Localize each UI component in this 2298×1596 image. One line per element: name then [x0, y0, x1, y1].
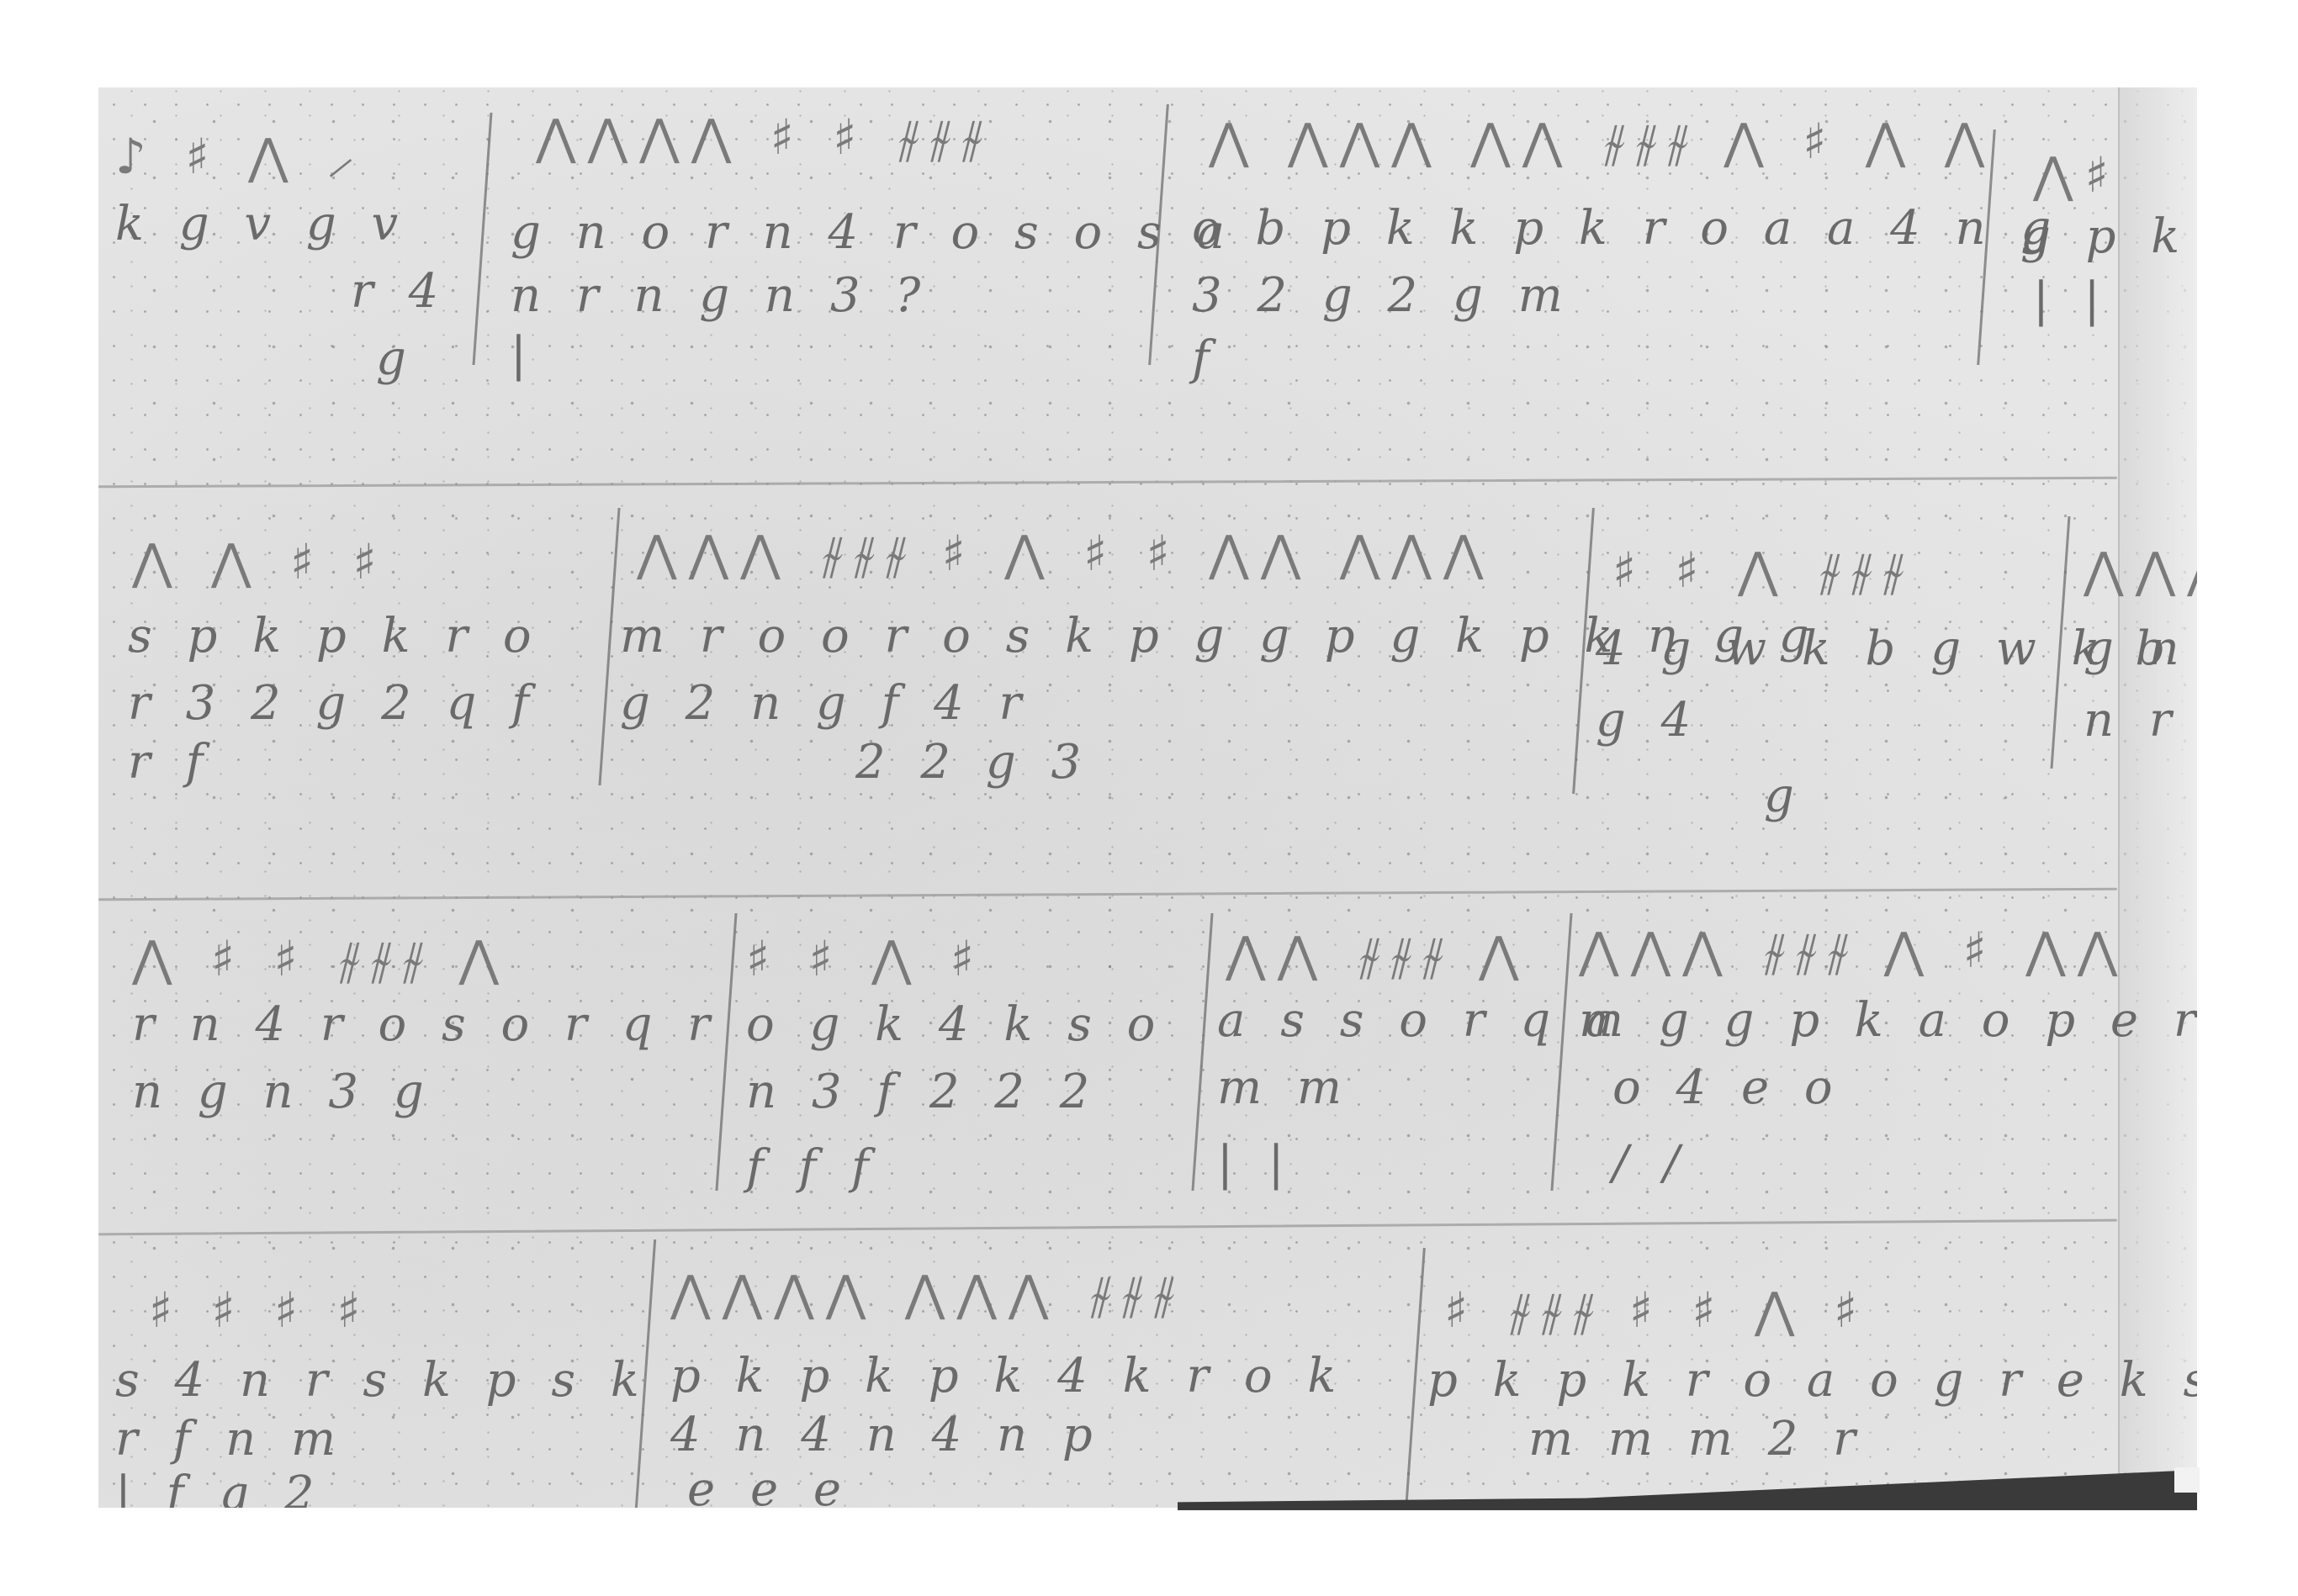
- rhythm-signs: ⋀⋀⋀ ⫳⫳⫳ ⋀ ♯ ⋀⋀: [1579, 922, 2129, 980]
- course-1: p k p k p k 4 k r o k: [670, 1349, 1346, 1403]
- rhythm-signs: ⋀ ♯ ♯ ⫳⫳⫳ ⋀: [132, 930, 511, 988]
- course-3: | |: [1217, 1136, 1295, 1191]
- manuscript-page: ♪ ♯ ⋀ ⸝ k g v g v r 4 g ⋀⋀⋀⋀ ♯ ♯ ⫳⫳⫳ g n…: [98, 87, 2197, 1508]
- rhythm-signs: ⋀ ⋀⋀⋀ ⋀⋀ ⫳⫳⫳ ⋀ ♯ ⋀ ⋀: [1209, 113, 1996, 171]
- course-2: | |: [2033, 272, 2110, 327]
- course-1: p k p k r o a o g r e k s: [1427, 1353, 2197, 1408]
- course-1: r n 4 r o s o r q r: [132, 997, 720, 1052]
- course-2: 4 n 4 n 4 n p: [670, 1408, 1103, 1462]
- course-3: e e e: [687, 1462, 851, 1508]
- course-2: r 4: [351, 264, 448, 319]
- course-1: g p k s: [2020, 209, 2197, 264]
- course-1: m g g p k a o p e r k a: [1579, 993, 2197, 1048]
- course-3: | f q 2: [115, 1467, 324, 1508]
- rhythm-signs: ♯ ⫳⫳⫳ ♯ ♯ ⋀ ♯: [1444, 1282, 1869, 1340]
- rhythm-signs: ♯ ♯ ⋀ ♯: [746, 930, 986, 987]
- course-2: n r n g n 3 ?: [511, 268, 930, 323]
- course-1: k g v g v: [115, 197, 408, 251]
- rhythm-signs: ⋀⋀⋀⋀ ⋀⋀⋀ ⫳⫳⫳: [670, 1265, 1183, 1323]
- rhythm-signs: ⋀⋀⋀: [2084, 542, 2197, 599]
- rhythm-signs: ⋀ ⋀ ♯ ♯: [132, 533, 389, 590]
- rhythm-signs: ♪ ♯ ⋀ ⸝: [115, 121, 363, 188]
- rhythm-signs: ♯ ♯ ♯ ♯: [149, 1282, 373, 1339]
- course-3: g: [1764, 769, 1804, 823]
- page-fold-edge: [2118, 87, 2197, 1508]
- page-corner-tab: [2174, 1467, 2200, 1493]
- course-3: r f: [128, 735, 213, 790]
- course-2: m m: [1217, 1060, 1352, 1115]
- course-2: r 3 2 g 2 q f: [128, 676, 539, 731]
- course-1: o g k 4 k s o: [746, 997, 1165, 1052]
- course-2: n g n 3 g: [132, 1065, 434, 1119]
- rhythm-signs: ⋀♯: [2033, 146, 2121, 203]
- course-2: n r: [2084, 693, 2182, 748]
- course-3: 2 2 g 3: [855, 735, 1091, 790]
- course-1: g n o: [2084, 621, 2197, 676]
- course-1: s p k p k r o: [128, 609, 542, 663]
- course-1: o b p k k p k r o a a 4 n g: [1192, 201, 2061, 256]
- rhythm-signs: ⋀⋀⋀⋀ ♯ ♯ ⫳⫳⫳: [536, 108, 991, 166]
- course-1: s 4 n r s k p s k: [115, 1353, 649, 1408]
- course-2: o 4 e o: [1612, 1060, 1843, 1115]
- rhythm-signs: ♯ ♯ ⋀ ⫳⫳⫳: [1612, 542, 1912, 600]
- course-3: f f f: [746, 1140, 879, 1195]
- rhythm-signs: ⋀⋀ ⫳⫳⫳ ⋀: [1226, 926, 1531, 984]
- course-3: f: [1192, 331, 1220, 386]
- course-2: 3 2 g 2 g m: [1192, 268, 1573, 323]
- course-3: |: [511, 327, 537, 382]
- course-1: a s s o r q a: [1217, 993, 1623, 1048]
- course-3: g: [376, 331, 416, 386]
- course-2: g 2 n g f 4 r: [620, 676, 1031, 731]
- course-2: n 3 f 2 2 2: [746, 1065, 1099, 1119]
- course-2: r f n m: [115, 1412, 346, 1467]
- course-2: m m m 2 r: [1528, 1412, 1866, 1467]
- course-1: g n o r n 4 r o s o s a: [511, 205, 1235, 260]
- course-2: g 4: [1596, 693, 1701, 748]
- course-3: / /: [1612, 1136, 1690, 1191]
- rhythm-signs: ⋀⋀⋀ ⫳⫳⫳ ♯ ⋀ ♯ ♯ ⋀⋀ ⋀⋀⋀: [637, 525, 1495, 583]
